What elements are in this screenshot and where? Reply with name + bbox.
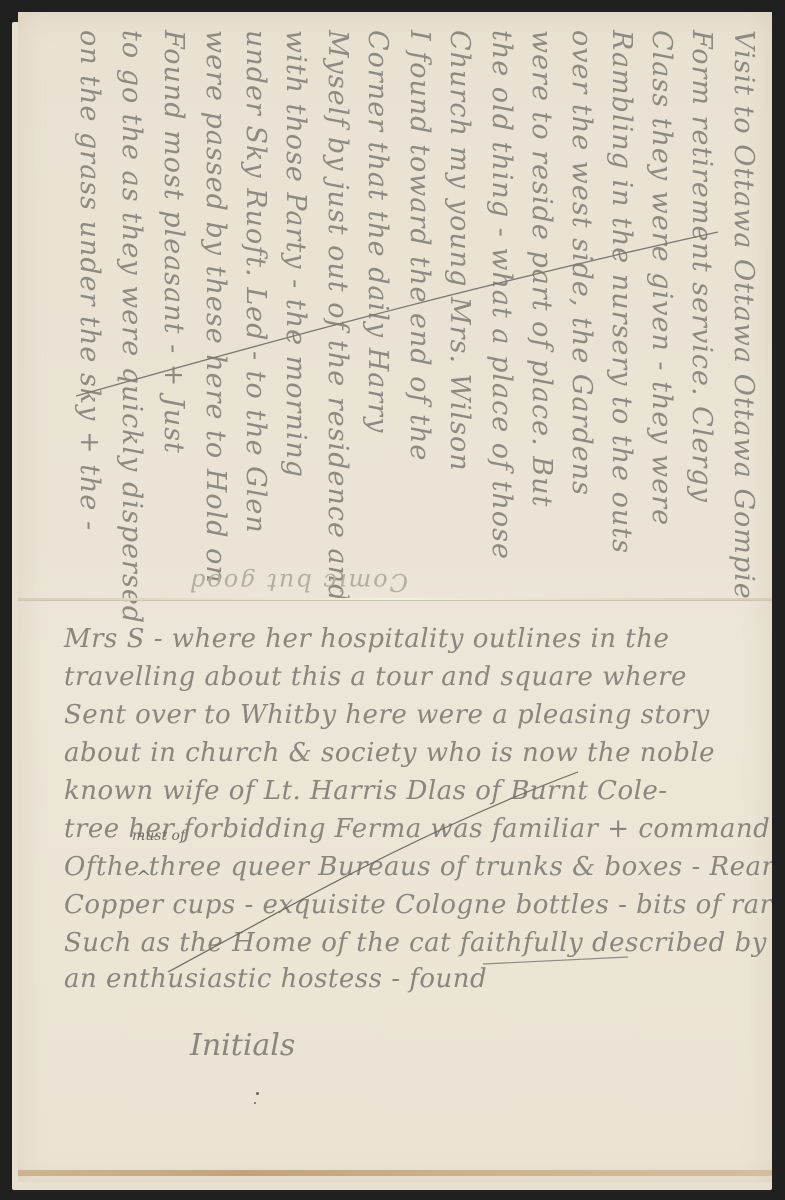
handwritten-line: Such as the Home of the cat faithfully d… bbox=[64, 928, 767, 958]
handwritten-line: Copper cups - exquisite Cologne bottles … bbox=[64, 890, 772, 920]
vertical-text-column: the old thing - what a place of those bbox=[488, 30, 515, 560]
insertion-caret-mark: ^ bbox=[136, 867, 151, 888]
paper-speck bbox=[254, 1102, 256, 1104]
vertical-text-column: were to reside part of place. But bbox=[528, 30, 555, 507]
handwritten-line: Sent over to Whitby here were a pleasing… bbox=[64, 700, 710, 730]
manuscript-page: Visit to Ottawa Ottawa Ottawa Gompie For… bbox=[18, 12, 772, 1182]
vertical-text-column: over the west side, the Gardens bbox=[568, 30, 595, 496]
vertical-text-column: Form retirement service. Clergy bbox=[688, 30, 715, 503]
handwritten-line: about in church & society who is now the… bbox=[64, 738, 715, 768]
handwritten-line: travelling about this a tour and square … bbox=[64, 662, 687, 692]
inserted-words: must of bbox=[132, 828, 185, 844]
handwritten-line: an enthusiastic hostess - found bbox=[64, 964, 487, 994]
vertical-text-column: to go the as they were quickly dispersed bbox=[118, 30, 145, 624]
upper-panel-rotated-text: Visit to Ottawa Ottawa Ottawa Gompie For… bbox=[18, 12, 772, 598]
vertical-text-column: under Sky Ruoft. Led - to the Glen bbox=[242, 30, 269, 534]
vertical-text-column: Visit to Ottawa Ottawa Ottawa Gompie bbox=[730, 30, 757, 600]
vertical-text-column: Rambling in the nursery to the outs bbox=[608, 30, 635, 554]
paper-speck bbox=[256, 1092, 259, 1095]
paper-fold bbox=[18, 598, 772, 600]
vertical-text-column: with those Party - the morning bbox=[282, 30, 309, 478]
vertical-text-column: Church my young Mrs. Wilson bbox=[446, 30, 473, 472]
vertical-text-column: Class they were given - they were bbox=[648, 30, 675, 526]
pencil-initials: Initials bbox=[190, 1028, 295, 1063]
vertical-text-column: Corner that the daily Harry bbox=[364, 30, 391, 433]
vertical-text-column: were passed by these here to Hold on bbox=[202, 30, 229, 584]
vertical-text-column: Found most pleasant - + Just bbox=[160, 30, 187, 454]
stained-bottom-edge bbox=[18, 1170, 772, 1176]
upside-down-annotation: Comic but good bbox=[188, 568, 408, 596]
vertical-text-column: on the grass under the sky + the - bbox=[76, 30, 103, 531]
vertical-text-column: Myself by just out of the residence and bbox=[324, 30, 351, 602]
lower-panel-text: Mrs S - where her hospitality outlines i… bbox=[18, 602, 772, 1182]
vertical-text-column: I found toward the end of the bbox=[406, 30, 433, 461]
handwritten-line: Mrs S - where her hospitality outlines i… bbox=[64, 624, 669, 654]
handwritten-line: known wife of Lt. Harris Dlas of Burnt C… bbox=[64, 776, 668, 806]
handwritten-line: Ofthe three queer Bureaus of trunks & bo… bbox=[64, 852, 772, 882]
